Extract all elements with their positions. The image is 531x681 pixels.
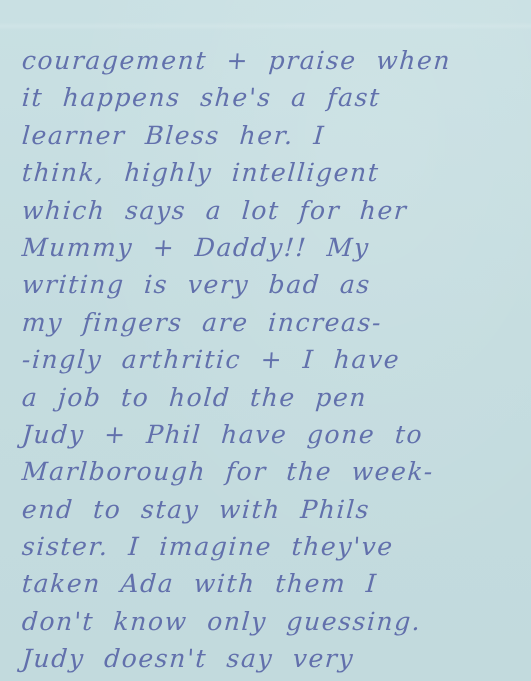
text-line: Marlborough for the week- xyxy=(21,453,524,490)
text-line: -ingly arthritic + I have xyxy=(21,341,524,378)
text-line: couragement + praise when xyxy=(21,42,524,79)
text-line: it happens she's a fast xyxy=(21,79,524,116)
text-line: learner Bless her. I xyxy=(21,117,524,154)
text-line: Judy + Phil have gone to xyxy=(21,416,524,453)
text-line: sister. I imagine they've xyxy=(21,528,524,565)
text-line: end to stay with Phils xyxy=(21,491,524,528)
text-line: which says a lot for her xyxy=(21,192,524,229)
paper-fold-crease xyxy=(0,22,531,30)
text-line: taken Ada with them I xyxy=(21,565,524,602)
text-line: writing is very bad as xyxy=(21,266,524,303)
text-line: my fingers are increas- xyxy=(21,304,524,341)
text-line: Mummy + Daddy!! My xyxy=(21,229,524,266)
letter-page: couragement + praise when it happens she… xyxy=(0,0,531,681)
text-line: think, highly intelligent xyxy=(21,154,524,191)
text-line: don't know only guessing. xyxy=(21,603,524,640)
handwritten-text-body: couragement + praise when it happens she… xyxy=(22,42,522,678)
text-line: a job to hold the pen xyxy=(21,379,524,416)
text-line: Judy doesn't say very xyxy=(21,640,524,677)
